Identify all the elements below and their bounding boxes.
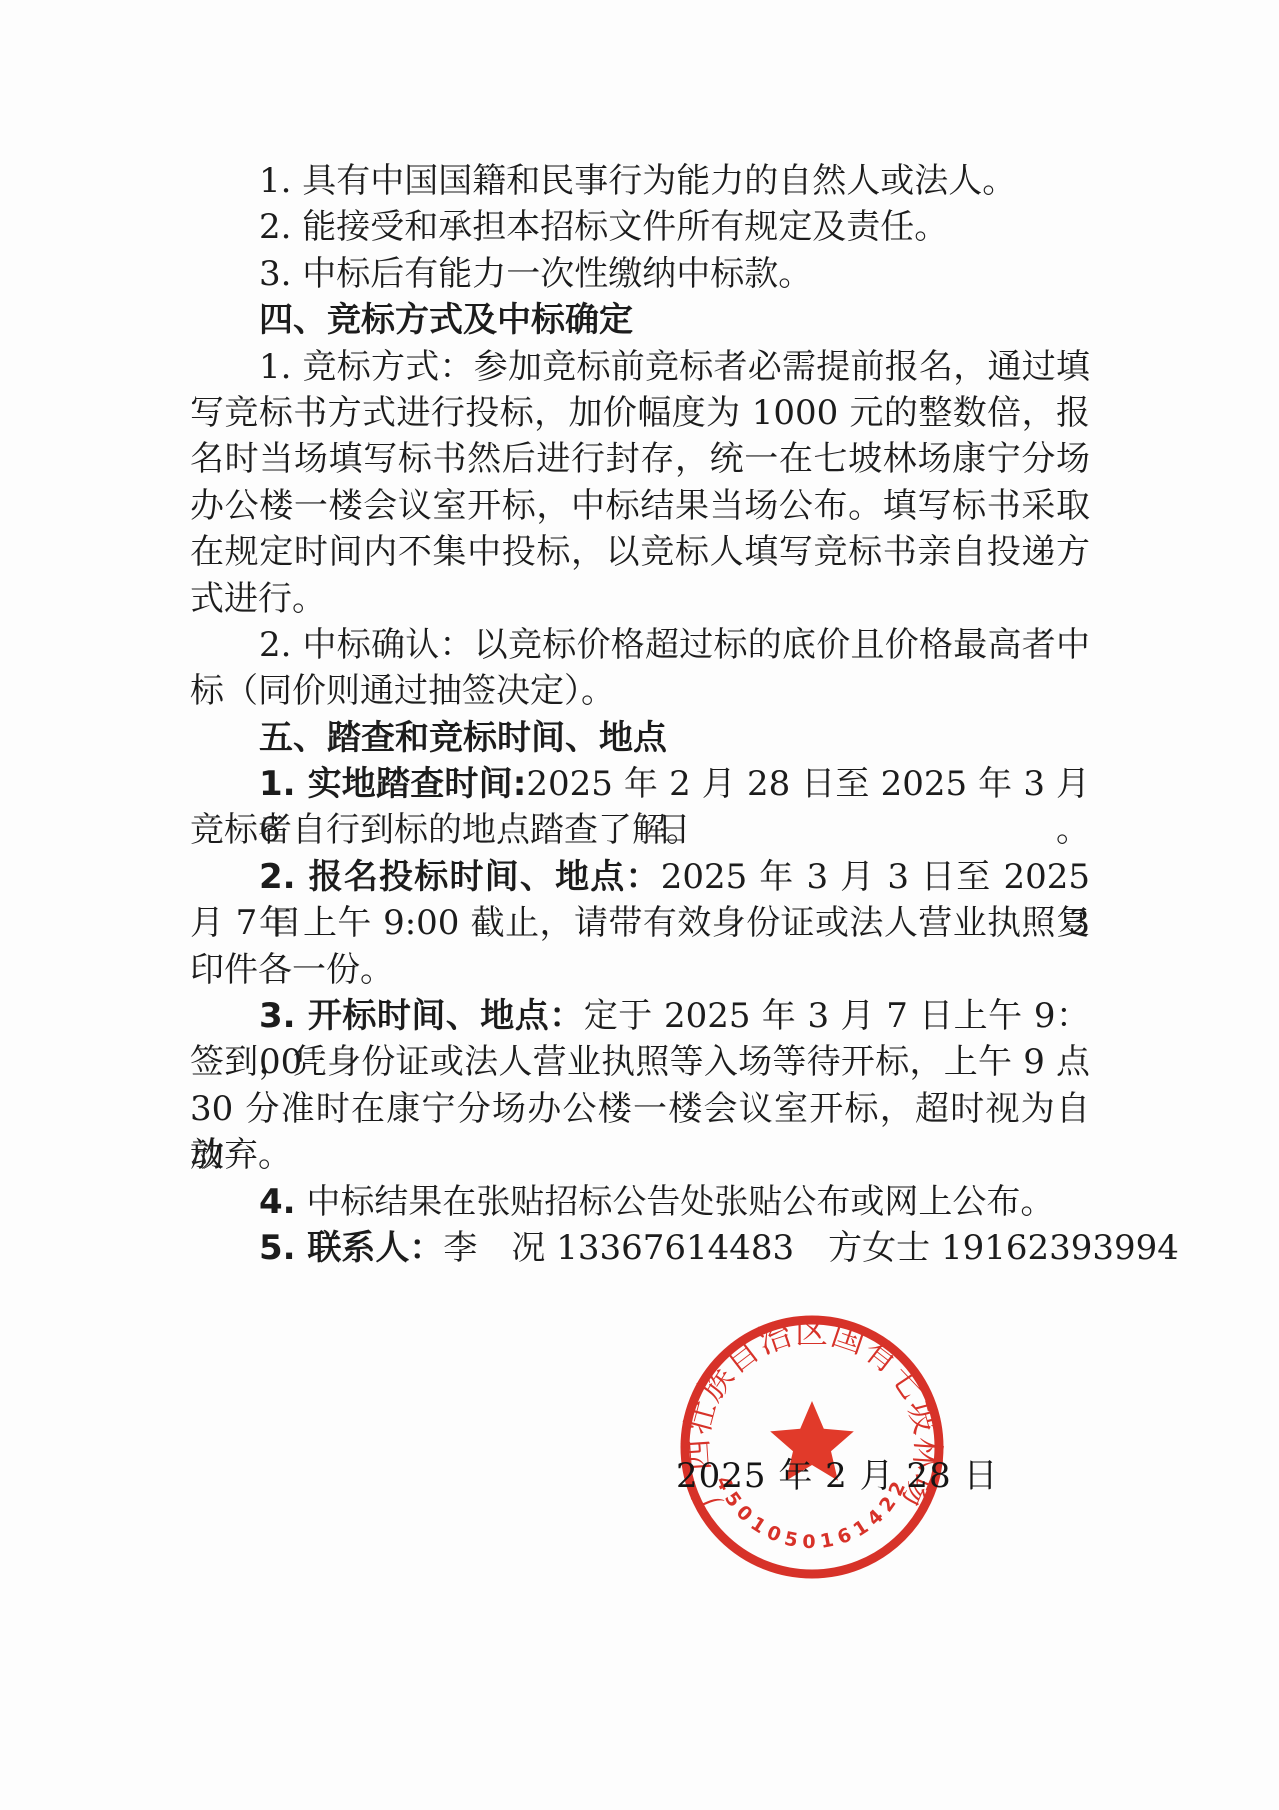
line-text: 写竞标书方式进行投标，加价幅度为 1000 元的整数倍，报 (190, 393, 1090, 433)
document-line: 1. 实地踏查时间:2025 年 2 月 28 日至 2025 年 3 月 6 … (190, 761, 1090, 807)
line-text: 1. 具有中国国籍和民事行为能力的自然人或法人。 (259, 161, 1016, 201)
document-line: 标（同价则通过抽签决定）。 (190, 668, 1090, 714)
document-line: 在规定时间内不集中投标，以竞标人填写竞标书亲自投递方 (190, 529, 1090, 575)
line-text: 2. 能接受和承担本招标文件所有规定及责任。 (259, 207, 948, 247)
line-bold-label: 2. 报名投标时间、地点： (259, 857, 661, 897)
document-line: 签到，凭身份证或法人营业执照等入场等待开标，上午 9 点 (190, 1039, 1090, 1085)
line-text: 放弃。 (190, 1135, 292, 1175)
document-line: 印件各一份。 (190, 947, 1090, 993)
line-text: 式进行。 (190, 579, 326, 619)
document-line: 2. 能接受和承担本招标文件所有规定及责任。 (190, 204, 1090, 250)
document-line: 1. 具有中国国籍和民事行为能力的自然人或法人。 (190, 158, 1090, 204)
line-bold-label: 1. 实地踏查时间: (259, 764, 526, 804)
document-line: 3. 开标时间、地点：定于 2025 年 3 月 7 日上午 9：00 (190, 993, 1090, 1039)
line-text: 签到，凭身份证或法人营业执照等入场等待开标，上午 9 点 (190, 1042, 1090, 1082)
document-line: 办公楼一楼会议室开标，中标结果当场公布。填写标书采取 (190, 483, 1090, 529)
line-bold-label: 4. (259, 1182, 296, 1222)
document-body: 1. 具有中国国籍和民事行为能力的自然人或法人。2. 能接受和承担本招标文件所有… (190, 158, 1090, 1271)
line-text: 印件各一份。 (190, 950, 394, 990)
line-text: 3. 中标后有能力一次性缴纳中标款。 (259, 254, 812, 294)
document-line: 1. 竞标方式：参加竞标前竞标者必需提前报名，通过填 (190, 344, 1090, 390)
line-text: 2. 中标确认：以竞标价格超过标的底价且价格最高者中 (259, 625, 1090, 665)
line-text: 标（同价则通过抽签决定）。 (190, 671, 615, 711)
line-text: 中标结果在张贴招标公告处张贴公布或网上公布。 (296, 1182, 1055, 1222)
document-line: 四、竞标方式及中标确定 (190, 297, 1090, 343)
line-bold-label: 3. 开标时间、地点： (259, 996, 584, 1036)
line-text: 月 7 日上午 9:00 截止，请带有效身份证或法人营业执照复 (190, 903, 1090, 943)
line-bold-label: 四、竞标方式及中标确定 (259, 300, 633, 340)
line-text: 竞标者自行到标的地点踏查了解。 (190, 810, 700, 850)
document-page: 1. 具有中国国籍和民事行为能力的自然人或法人。2. 能接受和承担本招标文件所有… (0, 0, 1279, 1810)
line-text: 1. 竞标方式：参加竞标前竞标者必需提前报名，通过填 (259, 347, 1090, 387)
line-text: 办公楼一楼会议室开标，中标结果当场公布。填写标书采取 (190, 486, 1090, 526)
document-line: 2. 中标确认：以竞标价格超过标的底价且价格最高者中 (190, 622, 1090, 668)
document-line: 3. 中标后有能力一次性缴纳中标款。 (190, 251, 1090, 297)
document-date: 2025 年 2 月 28 日 (676, 1448, 998, 1497)
document-line: 5. 联系人：李 况 13367614483 方女士 19162393994 (190, 1225, 1090, 1271)
document-line: 月 7 日上午 9:00 截止，请带有效身份证或法人营业执照复 (190, 900, 1090, 946)
line-text: 在规定时间内不集中投标，以竞标人填写竞标书亲自投递方 (190, 532, 1090, 572)
line-bold-label: 5. 联系人： (259, 1228, 443, 1268)
line-text: 名时当场填写标书然后进行封存，统一在七坡林场康宁分场 (190, 439, 1090, 479)
document-line: 写竞标书方式进行投标，加价幅度为 1000 元的整数倍，报 (190, 390, 1090, 436)
document-line: 30 分准时在康宁分场办公楼一楼会议室开标，超时视为自动 (190, 1086, 1090, 1132)
document-line: 4. 中标结果在张贴招标公告处张贴公布或网上公布。 (190, 1179, 1090, 1225)
document-line: 2. 报名投标时间、地点：2025 年 3 月 3 日至 2025 年 3 (190, 854, 1090, 900)
document-line: 式进行。 (190, 576, 1090, 622)
line-text: 李 况 13367614483 方女士 19162393994 (443, 1228, 1179, 1268)
document-line: 放弃。 (190, 1132, 1090, 1178)
document-line: 名时当场填写标书然后进行封存，统一在七坡林场康宁分场 (190, 436, 1090, 482)
line-bold-label: 五、踏查和竞标时间、地点 (259, 718, 667, 758)
document-line: 五、踏查和竞标时间、地点 (190, 715, 1090, 761)
